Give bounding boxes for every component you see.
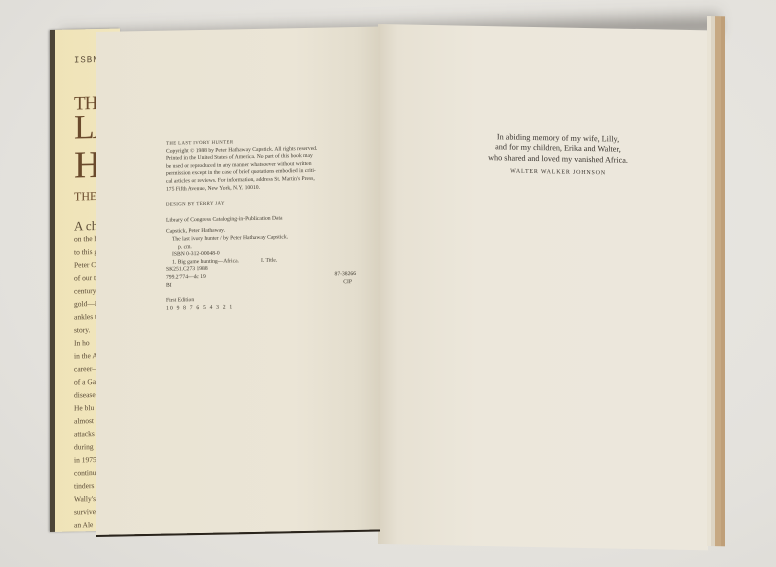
copyright-block: THE LAST IVORY HUNTER Copyright © 1988 b…	[166, 137, 356, 313]
cip-title-entry: I. Title.	[261, 257, 277, 265]
copyright-page: THE LAST IVORY HUNTER Copyright © 1988 b…	[96, 27, 380, 535]
page-block-edge	[707, 16, 729, 546]
cip-cip: CIP	[343, 279, 356, 287]
dedication-block: In abiding memory of my wife, Lilly, and…	[438, 131, 678, 180]
dedication-page: In abiding memory of my wife, Lilly, and…	[378, 24, 708, 550]
cip-bi: BI	[166, 282, 172, 290]
cip-dewey: 799.2'774—dc 19	[166, 274, 206, 282]
dedication-signature: WALTER WALKER JOHNSON	[438, 165, 678, 180]
